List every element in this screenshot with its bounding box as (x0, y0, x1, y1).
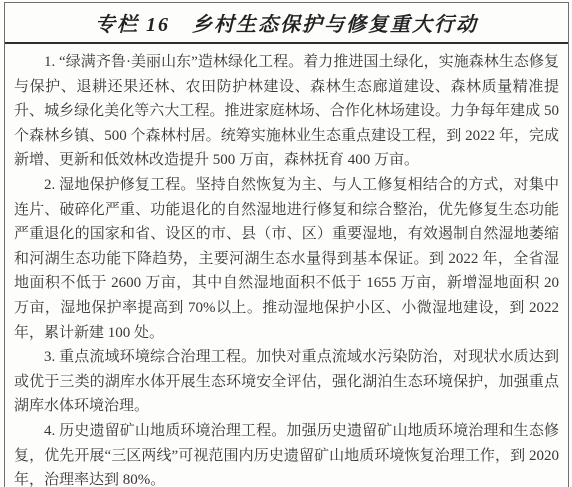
panel-title: 专栏 16 乡村生态保护与修复重大行动 (95, 8, 478, 37)
panel-body: 1. “绿满齐鲁·美丽山东”造林绿化工程。着力推进国土绿化，实施森林生态修复与保… (5, 44, 568, 487)
paragraph-afforestation-project: 1. “绿满齐鲁·美丽山东”造林绿化工程。着力推进国土绿化，实施森林生态修复与保… (14, 50, 559, 173)
paragraph-wetland-restoration-project: 2. 湿地保护修复工程。坚持自然恢复为主、与人工修复相结合的方式，对集中连片、破… (14, 173, 559, 345)
column-16-panel: 专栏 16 乡村生态保护与修复重大行动 1. “绿满齐鲁·美丽山东”造林绿化工程… (4, 2, 569, 487)
paragraph-mine-geological-environment-project: 4. 历史遗留矿山地质环境治理工程。加强历史遗留矿山地质环境治理和生态修复，优先… (14, 419, 559, 487)
panel-title-row: 专栏 16 乡村生态保护与修复重大行动 (5, 3, 568, 44)
paragraph-watershed-treatment-project: 3. 重点流域环境综合治理工程。加快对重点流域水污染防治，对现状水质达到或优于三… (14, 345, 559, 419)
